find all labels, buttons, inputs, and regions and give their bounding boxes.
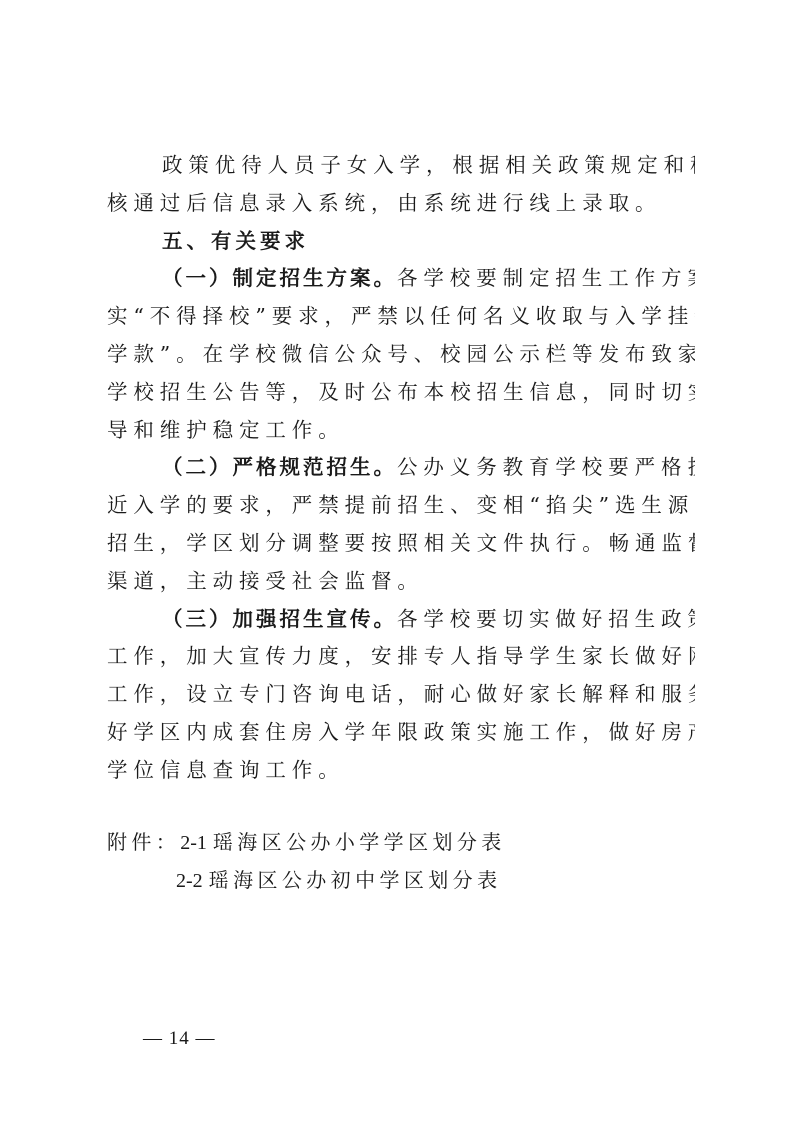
paragraph-line: 招生，学区划分调整要按照相关文件执行。畅通监督和申诉受理 bbox=[107, 525, 695, 563]
subsection-2-text: 公办义务教育学校要严格执行免试就 bbox=[397, 455, 695, 479]
attachment-title: 瑶海区公办小学学区划分表 bbox=[213, 830, 506, 854]
paragraph-line: 实“不得择校”要求，严禁以任何名义收取与入学挂钩的“捐资助 bbox=[107, 298, 695, 336]
attachment-number: 2-2 bbox=[176, 870, 203, 892]
paragraph-line: 学款”。在学校微信公众号、校园公示栏等发布致家长一封信、 bbox=[107, 336, 695, 374]
subsection-2-title: （二）严格规范招生。 bbox=[162, 455, 397, 479]
attachment-item-2: 2-2瑶海区公办初中学区划分表 bbox=[107, 861, 607, 899]
subsection-1-text: 各学校要制定招生工作方案，严格落 bbox=[397, 266, 695, 290]
paragraph-line: 政策优待人员子女入学，根据相关政策规定和程序，材料审 bbox=[107, 147, 695, 185]
subsection-1-title: （一）制定招生方案。 bbox=[162, 266, 397, 290]
section-heading: 五、有关要求 bbox=[107, 223, 695, 261]
page-number: — 14 — bbox=[143, 1027, 216, 1051]
document-page: 政策优待人员子女入学，根据相关政策规定和程序，材料审 核通过后信息录入系统，由系… bbox=[0, 0, 793, 1122]
subsection-3-text: 各学校要切实做好招生政策宣传解读 bbox=[397, 607, 695, 631]
paragraph-line: 导和维护稳定工作。 bbox=[107, 412, 695, 450]
paragraph-line: 渠道，主动接受社会监督。 bbox=[107, 563, 695, 601]
paragraph-line: 学位信息查询工作。 bbox=[107, 752, 695, 790]
subsection-2-first-line: （二）严格规范招生。公办义务教育学校要严格执行免试就 bbox=[107, 449, 695, 487]
paragraph-line: 近入学的要求，严禁提前招生、变相“掐尖”选生源，严禁超范围 bbox=[107, 487, 695, 525]
attachment-item-1: 附件：2-1瑶海区公办小学学区划分表 bbox=[107, 823, 607, 861]
paragraph-line: 工作，设立专门咨询电话，耐心做好家长解释和服务工作。要做 bbox=[107, 676, 695, 714]
subsection-3-first-line: （三）加强招生宣传。各学校要切实做好招生政策宣传解读 bbox=[107, 601, 695, 639]
paragraph-line: 核通过后信息录入系统，由系统进行线上录取。 bbox=[107, 185, 695, 223]
attachments-list: 附件：2-1瑶海区公办小学学区划分表 2-2瑶海区公办初中学区划分表 bbox=[107, 823, 607, 899]
paragraph-line: 好学区内成套住房入学年限政策实施工作，做好房产信息登记和 bbox=[107, 714, 695, 752]
subsection-1-first-line: （一）制定招生方案。各学校要制定招生工作方案，严格落 bbox=[107, 260, 695, 298]
paragraph-line: 工作，加大宣传力度，安排专人指导学生家长做好网上报名登记 bbox=[107, 638, 695, 676]
document-body: 政策优待人员子女入学，根据相关政策规定和程序，材料审 核通过后信息录入系统，由系… bbox=[107, 147, 695, 790]
paragraph-line: 学校招生公告等，及时公布本校招生信息，同时切实做好舆论引 bbox=[107, 374, 695, 412]
attachment-title: 瑶海区公办初中学区划分表 bbox=[209, 868, 502, 892]
attachment-number: 2-1 bbox=[180, 832, 207, 854]
subsection-3-title: （三）加强招生宣传。 bbox=[162, 607, 397, 631]
attachments-label: 附件： bbox=[107, 830, 180, 854]
